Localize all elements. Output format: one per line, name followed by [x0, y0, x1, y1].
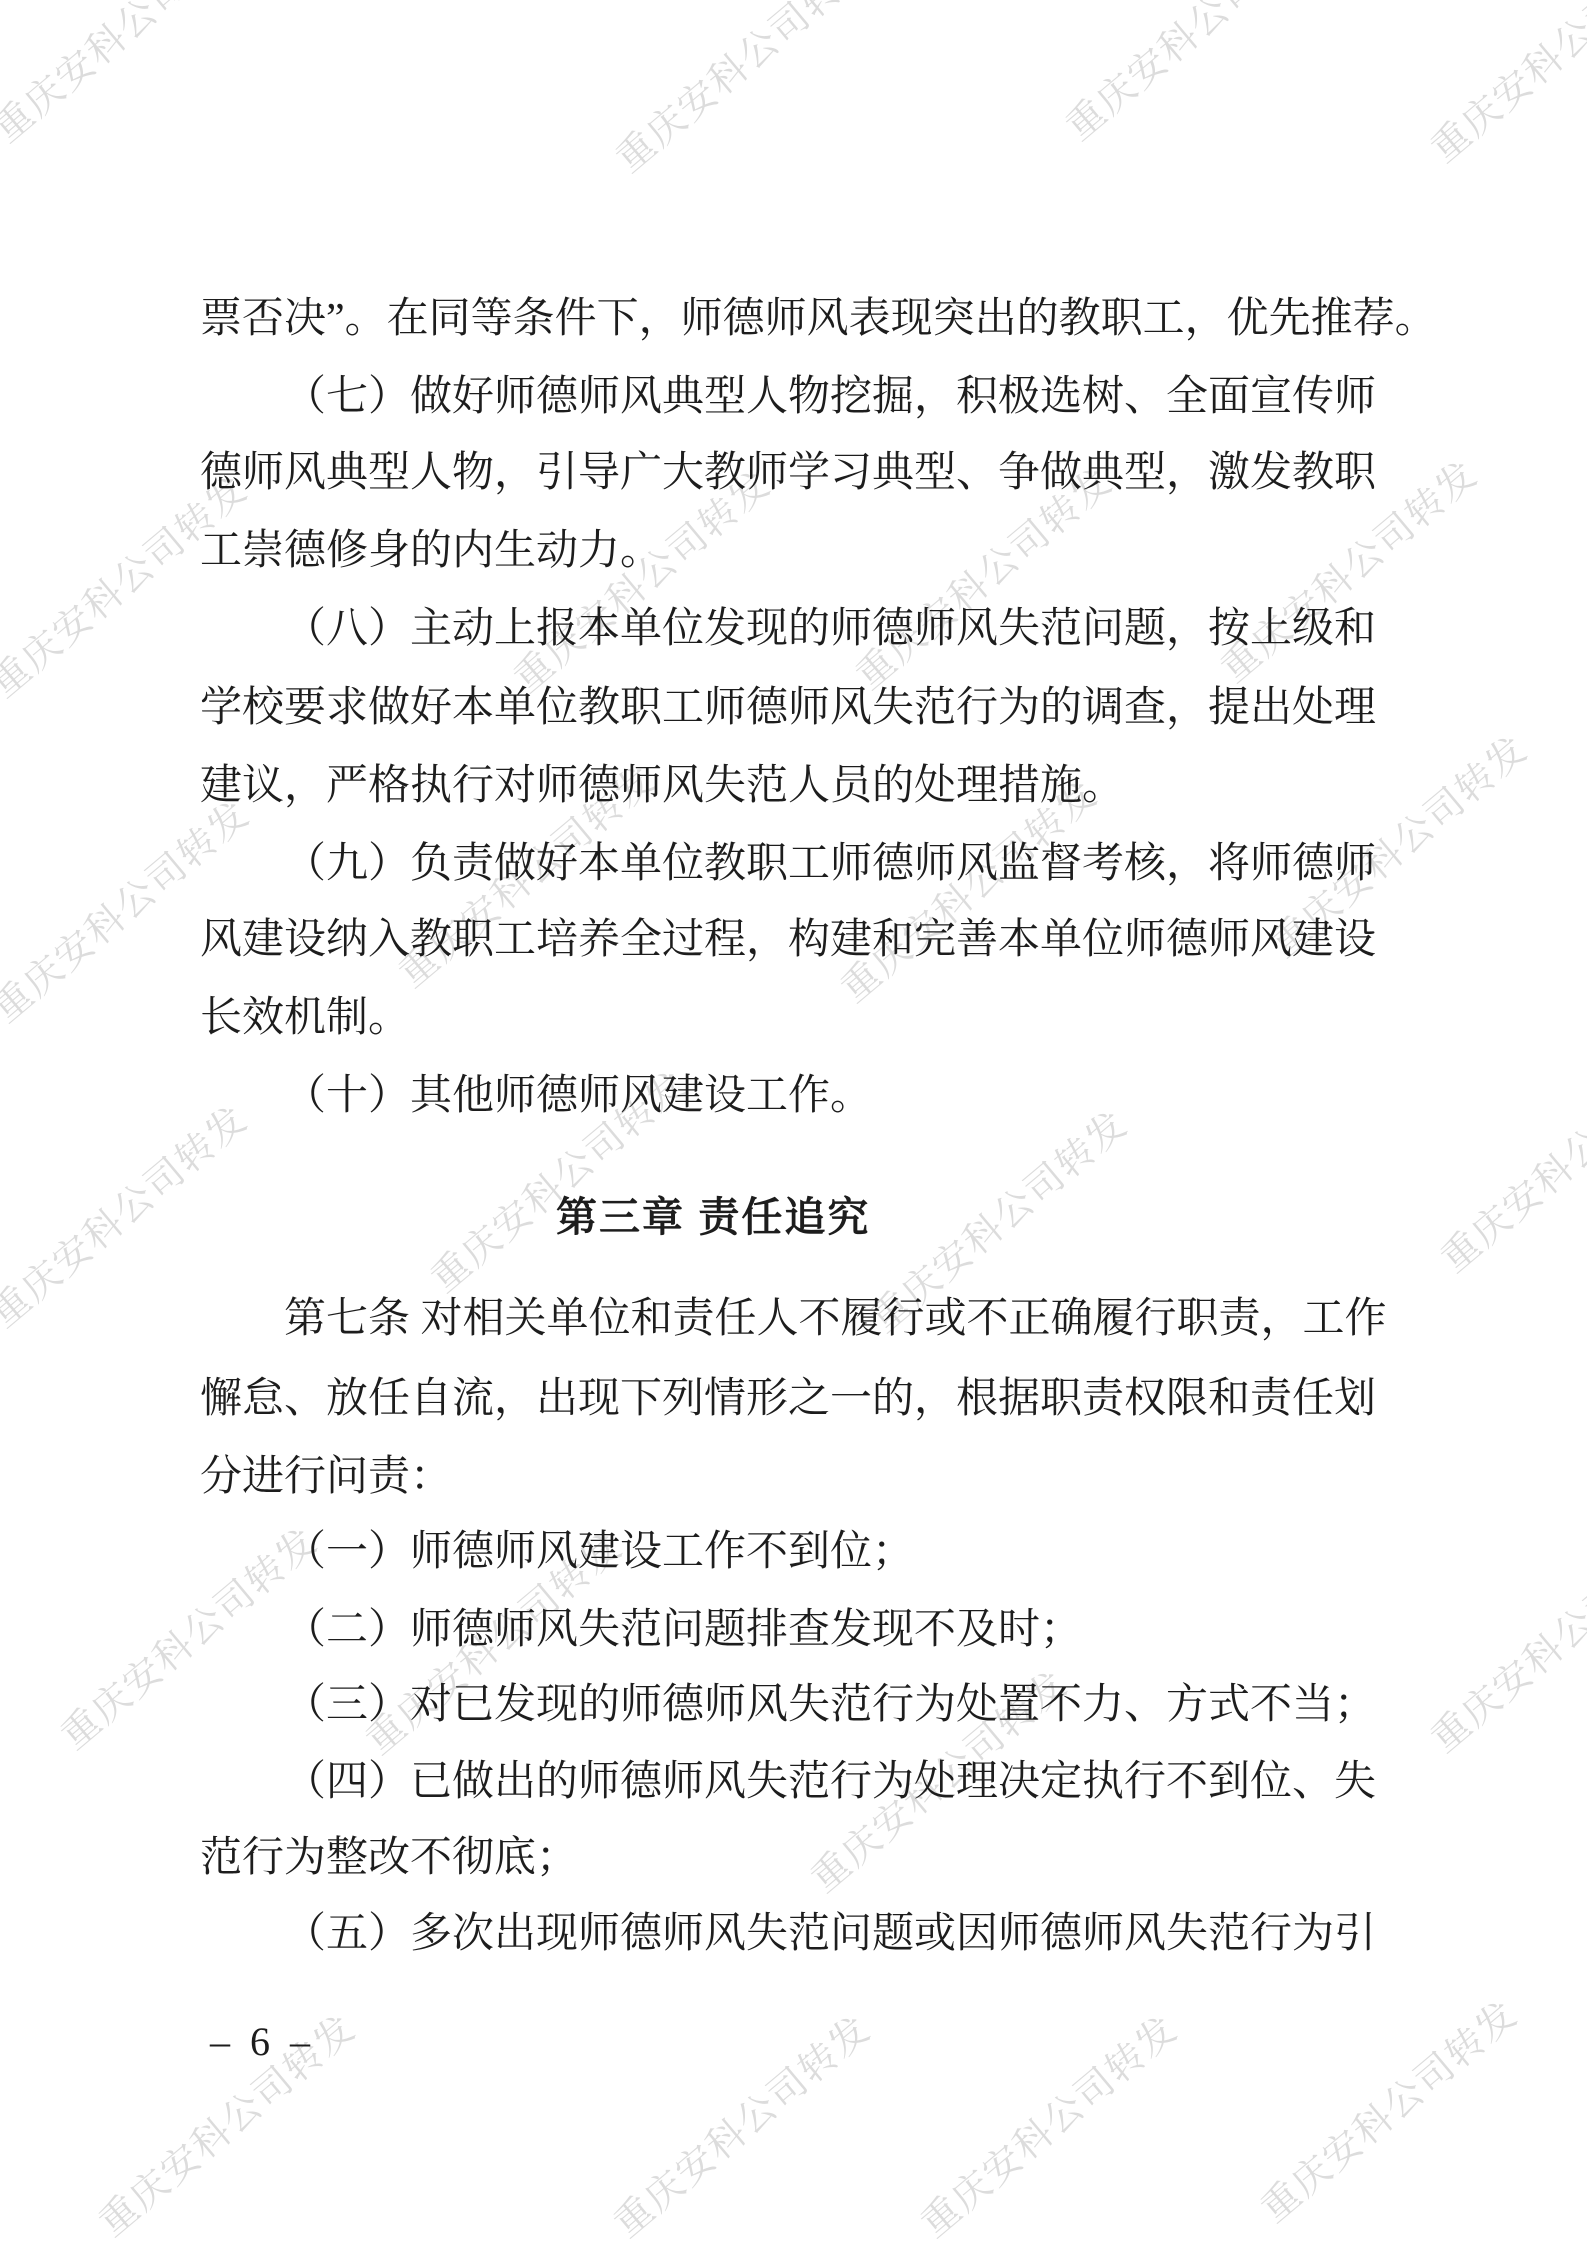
text-line: 长效机制。	[200, 994, 410, 1042]
text-line: （四）已做出的师德师风失范行为处理决定执行不到位、失	[284, 1758, 1376, 1806]
text-line: 分进行问责：	[200, 1453, 452, 1501]
text-line: （三）对已发现的师德师风失范行为处置不力、方式不当；	[284, 1681, 1376, 1729]
text-line: （九）负责做好本单位教职工师德师风监督考核，将师德师	[284, 840, 1376, 888]
text-line: 范行为整改不彻底；	[200, 1834, 578, 1882]
text-line: 建议，严格执行对师德师风失范人员的处理措施。	[200, 762, 1124, 810]
text-line: （八）主动上报本单位发现的师德师风失范问题，按上级和	[284, 605, 1376, 653]
text-layer: 票否决”。在同等条件下，师德师风表现突出的教职工，优先推荐。 （七）做好师德师风…	[0, 0, 1587, 2245]
text-line: （二）师德师风失范问题排查发现不及时；	[284, 1606, 1082, 1654]
chapter-heading: 第三章 责任追究	[556, 1184, 870, 1243]
text-line: （十）其他师德师风建设工作。	[284, 1072, 872, 1120]
page-number: – 6 –	[210, 2018, 315, 2065]
document-page: 重庆安科公司转发重庆安科公司转发重庆安科公司转发重庆安科公司转发重庆安科公司转发…	[0, 0, 1587, 2245]
text-line: 工崇德修身的内生动力。	[200, 527, 662, 575]
text-line: 学校要求做好本单位教职工师德师风失范行为的调查，提出处理	[200, 684, 1376, 732]
text-line: （一）师德师风建设工作不到位；	[284, 1528, 914, 1576]
article-7-line: 第七条 对相关单位和责任人不履行或不正确履行职责，工作	[284, 1295, 1387, 1343]
article-7-label: 第七条	[284, 1296, 410, 1342]
text-line: （五）多次出现师德师风失范问题或因师德师风失范行为引	[284, 1910, 1376, 1958]
text-line: 风建设纳入教职工培养全过程，构建和完善本单位师德师风建设	[200, 916, 1376, 964]
article-7-text: 对相关单位和责任人不履行或不正确履行职责，工作	[410, 1296, 1387, 1342]
text-line: （七）做好师德师风典型人物挖掘，积极选树、全面宣传师	[284, 373, 1376, 421]
text-line: 票否决”。在同等条件下，师德师风表现突出的教职工，优先推荐。	[200, 295, 1437, 343]
text-line: 德师风典型人物，引导广大教师学习典型、争做典型，激发教职	[200, 449, 1376, 497]
text-line: 懈怠、放任自流，出现下列情形之一的，根据职责权限和责任划	[200, 1375, 1376, 1423]
